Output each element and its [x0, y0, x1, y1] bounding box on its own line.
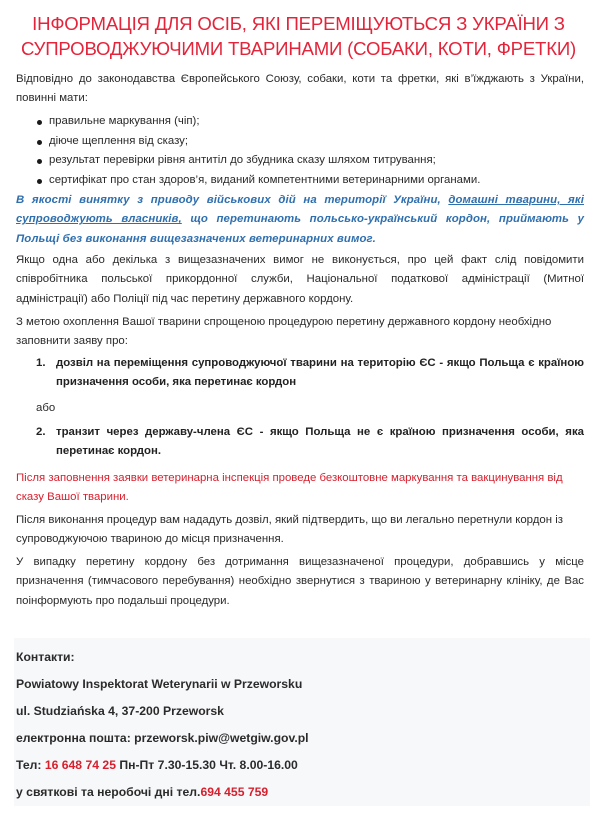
free-vaccination-note: Після заповнення заявки ветеринарна інсп… — [16, 469, 584, 508]
intro-paragraph: Відповідно до законодавства Європейськог… — [16, 70, 584, 109]
email-label: електронна пошта: — [16, 731, 134, 745]
holiday-label: у святкові та неробочі дні тел. — [16, 785, 200, 799]
requirement-text: результат перевірки рівня антитіл до збу… — [49, 154, 436, 166]
bullet-icon — [37, 179, 42, 184]
bullet-icon — [37, 120, 42, 125]
option-transit: 2. транзит через державу-члена ЄС - якщо… — [36, 423, 584, 462]
option-permit: 1. дозвіл на переміщення супроводжуючої … — [36, 354, 584, 393]
option-number: 1. — [36, 354, 46, 373]
exception-paragraph: В якості винятку з приводу військових ді… — [16, 191, 584, 249]
phone-label: Тел: — [16, 758, 45, 772]
contacts-organization: Powiatowy Inspektorat Weterynarii w Prze… — [16, 677, 302, 691]
contacts-phone-line: Тел: 16 648 74 25 Пн-Пт 7.30-15.30 Чт. 8… — [16, 758, 298, 772]
bullet-icon — [37, 140, 42, 145]
bullet-icon — [37, 159, 42, 164]
contacts-holiday-line: у святкові та неробочі дні тел.694 455 7… — [16, 785, 268, 799]
contacts-box: Контакти: Powiatowy Inspektorat Weteryna… — [14, 638, 590, 806]
document-page: ІНФОРМАЦІЯ ДЛЯ ОСІБ, ЯКІ ПЕРЕМІЩУЮТЬСЯ З… — [0, 0, 597, 827]
contacts-email-line: електронна пошта: przeworsk.piw@wetgiw.g… — [16, 731, 309, 745]
list-item: сертифікат про стан здоров’я, виданий ко… — [16, 171, 576, 191]
holiday-phone-number[interactable]: 694 455 759 — [200, 785, 268, 799]
page-title: ІНФОРМАЦІЯ ДЛЯ ОСІБ, ЯКІ ПЕРЕМІЩУЮТЬСЯ З… — [10, 11, 587, 61]
list-item: результат перевірки рівня антитіл до збу… — [16, 151, 576, 171]
option-number: 2. — [36, 423, 46, 442]
no-procedure-paragraph: У випадку перетину кордону без дотриманн… — [16, 553, 584, 611]
list-item: правильне маркування (чіп); — [16, 112, 576, 132]
option-text: транзит через державу-члена ЄС - якщо По… — [56, 426, 584, 457]
exception-text-1: В якості винятку з приводу військових ді… — [16, 194, 448, 206]
requirement-text: правильне маркування (чіп); — [49, 115, 200, 127]
form-intro-paragraph: З метою охоплення Вашої тварини спрощено… — [16, 313, 584, 352]
contacts-address: ul. Studziańska 4, 37-200 Przeworsk — [16, 704, 224, 718]
or-label: або — [36, 399, 55, 418]
email-link[interactable]: przeworsk.piw@wetgiw.gov.pl — [134, 731, 308, 745]
list-item: діюче щеплення від сказу; — [16, 132, 576, 152]
after-procedures-paragraph: Після виконання процедур вам нададуть до… — [16, 511, 584, 550]
requirements-list: правильне маркування (чіп); діюче щеплен… — [16, 112, 576, 190]
office-hours: Пн-Пт 7.30-15.30 Чт. 8.00-16.00 — [116, 758, 298, 772]
contacts-heading: Контакти: — [16, 650, 75, 664]
notify-paragraph: Якщо одна або декілька з вищезазначених … — [16, 251, 584, 309]
option-text: дозвіл на переміщення супроводжуючої тва… — [56, 357, 584, 388]
requirement-text: діюче щеплення від сказу; — [49, 135, 188, 147]
requirement-text: сертифікат про стан здоров’я, виданий ко… — [49, 174, 480, 186]
phone-number[interactable]: 16 648 74 25 — [45, 758, 116, 772]
